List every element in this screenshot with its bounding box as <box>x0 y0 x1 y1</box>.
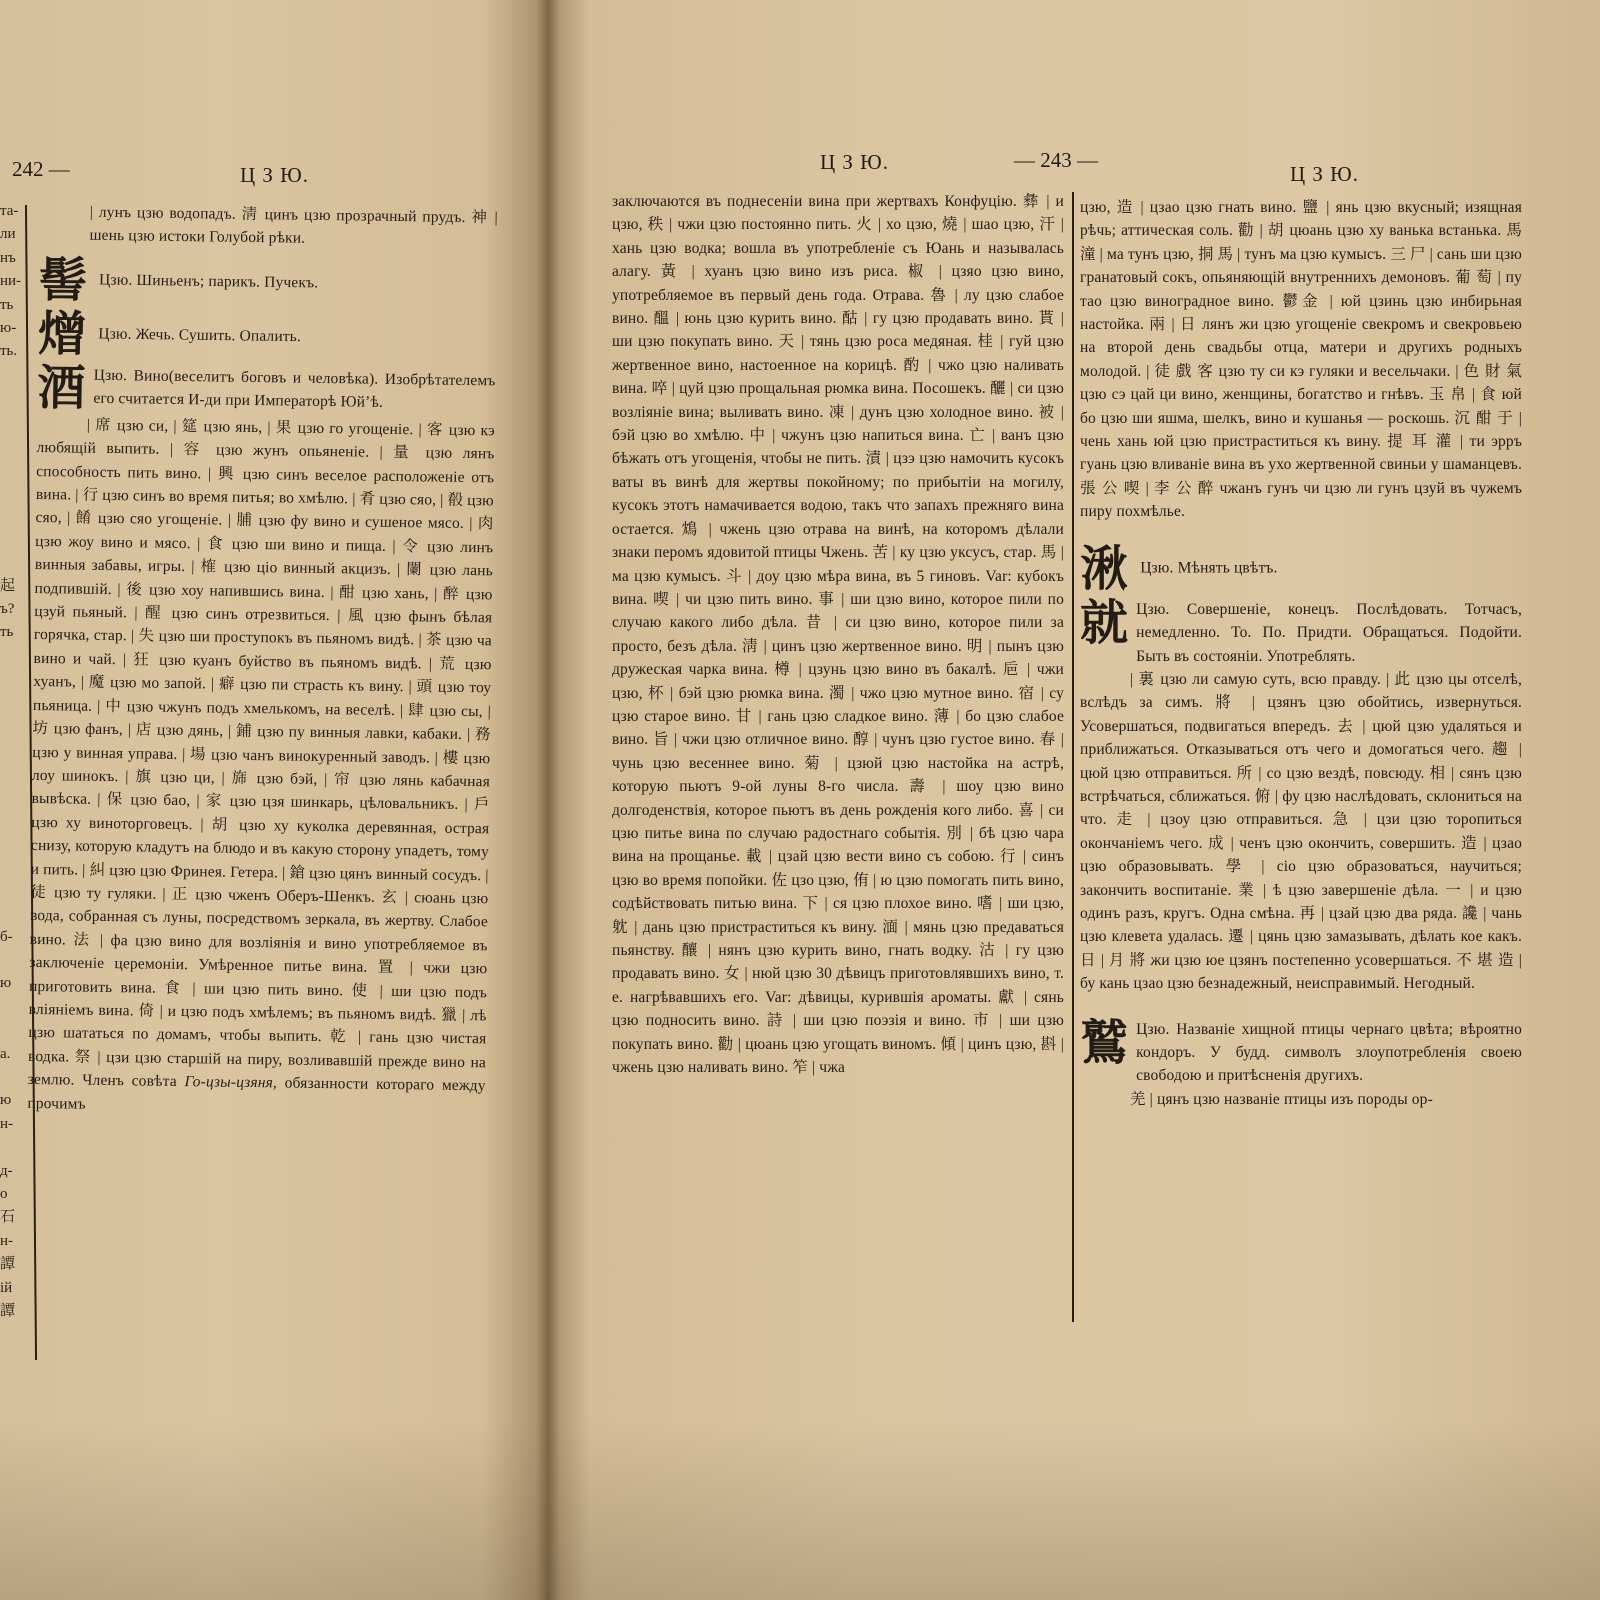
fragment-line <box>0 1019 22 1042</box>
fragment-line <box>0 1136 22 1159</box>
entry-compounds: 羌 | цянъ цзю названіе птицы изъ породы о… <box>1080 1088 1522 1111</box>
fragment-line <box>0 879 22 902</box>
book-gutter <box>536 0 560 1600</box>
fragment-line: 石 <box>0 1206 22 1229</box>
dictionary-entry: 酒 Цзю. Вино(веселитъ боговъ и человѣка).… <box>37 363 496 416</box>
fragment-line <box>0 855 22 878</box>
running-head-right-col2: Ц З Ю. <box>1290 162 1359 187</box>
fragment-line: та- <box>0 200 22 223</box>
headword-definition: Цзю. Названіе хищной птицы чернаго цвѣта… <box>1136 1021 1522 1085</box>
dictionary-entry: 熷 Цзю. Жечь. Сушить. Опалить. <box>38 309 497 365</box>
fragment-line <box>0 1066 22 1089</box>
fragment-line: ій <box>0 1277 22 1300</box>
fragment-line: 譚 <box>0 1300 22 1323</box>
fragment-line: ни- <box>0 270 22 293</box>
dictionary-entry: 髻 Цзю. Шиньенъ; парикъ. Пучекъ. <box>39 255 498 311</box>
page-number-right: — 243 — <box>1014 148 1098 173</box>
italic-term: Го-цзы-цзяня <box>184 1073 273 1091</box>
fragment-line: б- <box>0 926 22 949</box>
fragment-line: ъ? <box>0 598 22 621</box>
fragment-line: н- <box>0 1230 22 1253</box>
dictionary-entry: 鷲 Цзю. Названіе хищной птицы чернаго цвѣ… <box>1080 1018 1522 1088</box>
headword-definition: Цзю. Вино(веселитъ боговъ и человѣка). И… <box>93 367 495 411</box>
dictionary-entry: 湫 Цзю. Мѣнять цвѣтъ. <box>1080 544 1522 594</box>
fragment-line: ю <box>0 1089 22 1112</box>
fragment-line <box>0 996 22 1019</box>
fragment-line: ть. <box>0 340 22 363</box>
compound-list: | 席 цзю си, | 筵 цзю янь, | 果 цзю го угощ… <box>28 416 495 1090</box>
headword-character: 鷲 <box>1080 1018 1128 1068</box>
open-book-spread: та-линъни-тью-ть. 起ъ?ть б- ю а. юн- д-о石… <box>0 0 1600 1600</box>
entry-compounds: | 裏 цзю ли самую суть, всю правду. | 此 ц… <box>1080 668 1522 996</box>
right-column-2: цзю, 造 | цзао цзю гнать вино. 鹽 | янь цз… <box>1080 196 1522 1111</box>
entry-compounds: | 席 цзю си, | 筵 цзю янь, | 果 цзю го угощ… <box>27 413 495 1122</box>
fragment-line <box>0 949 22 972</box>
headword-character: 酒 <box>37 363 86 414</box>
fragment-line <box>0 387 22 410</box>
fragment-line <box>0 504 22 527</box>
continuation-text: | лунъ цзю водопадъ. 淸 цинъ цзю прозрачн… <box>39 200 498 253</box>
headword-definition: Цзю. Совершеніе, конецъ. Послѣдовать. То… <box>1136 601 1522 665</box>
fragment-line <box>0 528 22 551</box>
fragment-line <box>0 411 22 434</box>
fragment-line: д- <box>0 1160 22 1183</box>
fragment-line: а. <box>0 1043 22 1066</box>
fragment-line <box>0 809 22 832</box>
headword-character: 湫 <box>1080 544 1128 594</box>
dictionary-entry: 就 Цзю. Совершеніе, конецъ. Послѣдовать. … <box>1080 598 1522 668</box>
fragment-line: 起 <box>0 575 22 598</box>
fragment-line: нъ <box>0 247 22 270</box>
right-column-1: заключаются въ поднесеніи вина при жертв… <box>612 190 1064 1079</box>
fragment-line: ть <box>0 294 22 317</box>
fragment-line <box>0 481 22 504</box>
previous-column-fragment: та-линъни-тью-ть. 起ъ?ть б- ю а. юн- д-о石… <box>0 200 22 1324</box>
headword-definition: Цзю. Шиньенъ; парикъ. Пучекъ. <box>99 271 318 291</box>
fragment-line <box>0 902 22 925</box>
fragment-line <box>0 762 22 785</box>
fragment-line <box>0 715 22 738</box>
page-number-left: 242 — <box>12 157 70 182</box>
fragment-line: ть <box>0 621 22 644</box>
fragment-line: ли <box>0 223 22 246</box>
headword-definition: Цзю. Жечь. Сушить. Опалить. <box>98 325 301 345</box>
fragment-line <box>0 434 22 457</box>
fragment-line: о <box>0 1183 22 1206</box>
fragment-line <box>0 738 22 761</box>
compound-list: цзю, 造 | цзао цзю гнать вино. 鹽 | янь цз… <box>1080 196 1522 524</box>
column-rule <box>1072 192 1074 1322</box>
headword-character: 髻 <box>39 255 88 306</box>
fragment-line <box>0 457 22 480</box>
fragment-line <box>0 832 22 855</box>
fragment-line <box>0 645 22 668</box>
right-page: Ц З Ю. — 243 — Ц З Ю. заключаются въ под… <box>548 0 1600 1600</box>
fragment-line <box>0 668 22 691</box>
compound-list: заключаются въ поднесеніи вина при жертв… <box>612 190 1064 1079</box>
fragment-line: 譚 <box>0 1253 22 1276</box>
headword-character: 熷 <box>38 309 87 360</box>
headword-definition: Цзю. Мѣнять цвѣтъ. <box>1140 559 1277 576</box>
fragment-line: ю- <box>0 317 22 340</box>
left-page: та-линъни-тью-ть. 起ъ?ть б- ю а. юн- д-о石… <box>0 0 548 1600</box>
fragment-line <box>0 364 22 387</box>
running-head-right-col1: Ц З Ю. <box>820 150 889 175</box>
fragment-line <box>0 551 22 574</box>
fragment-line <box>0 692 22 715</box>
fragment-line <box>0 785 22 808</box>
page-bottom-shadow <box>0 1420 1600 1600</box>
running-head-left: Ц З Ю. <box>240 163 309 188</box>
left-column: | лунъ цзю водопадъ. 淸 цинъ цзю прозрачн… <box>27 200 498 1121</box>
fragment-line: н- <box>0 1113 22 1136</box>
headword-character: 就 <box>1080 598 1128 648</box>
fragment-line: ю <box>0 972 22 995</box>
